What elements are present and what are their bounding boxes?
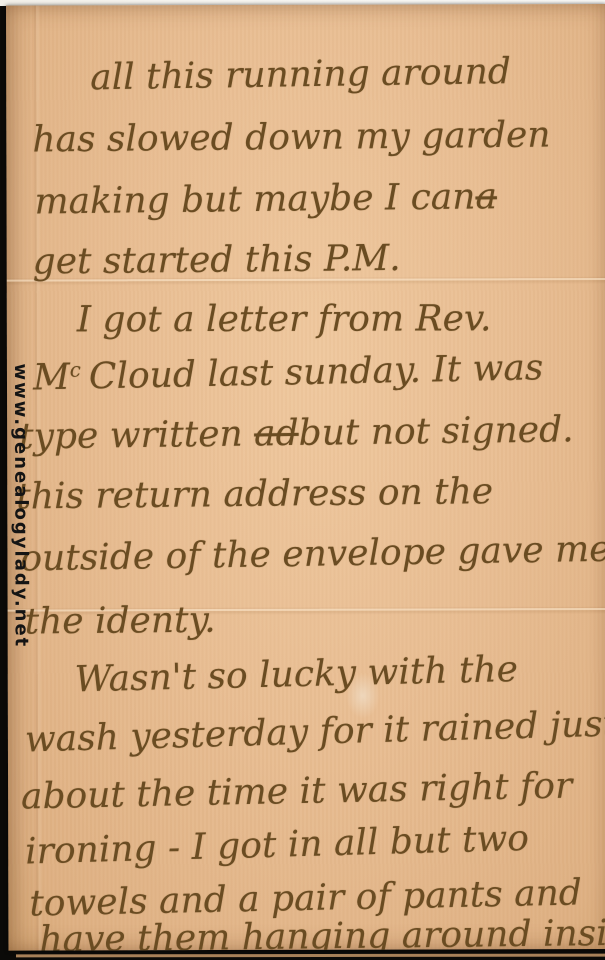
letter-paper: www.genealogylady.net all this running a… — [6, 4, 605, 951]
superscript-letter: c — [69, 359, 81, 382]
letter-scan: www.genealogylady.net all this running a… — [0, 0, 605, 960]
handwriting-line: all this running around — [90, 51, 511, 99]
handwriting-line: making but maybe I cana — [34, 176, 497, 223]
handwriting-line: have them hanging around inside. — [39, 912, 605, 950]
handwriting-text: M — [33, 357, 71, 399]
handwriting-line: Wasn't so lucky with the — [74, 649, 518, 701]
handwriting-line: I got a letter from Rev. — [77, 298, 492, 340]
handwriting-line: McCloud last sunday. It was — [33, 347, 544, 399]
handwriting-text: making but maybe I can — [34, 176, 475, 222]
handwriting-line: this return address on the — [16, 471, 493, 518]
handwriting-text: but not signed. — [298, 409, 573, 454]
handwriting-line: type written adbut not signed. — [19, 409, 574, 458]
page-bottom-edge — [16, 954, 605, 958]
watermark-text: www.genealogylady.net — [10, 364, 32, 649]
strikethrough-text: ad — [254, 413, 299, 455]
handwriting-line: wash yesterday for it rained just — [24, 704, 605, 761]
handwriting-text: type written — [19, 413, 255, 457]
handwriting-line: the identy. — [24, 600, 215, 643]
handwriting-line: outside of the envelope gave me — [20, 529, 605, 580]
handwriting-line: ironing - I got in all but two — [25, 818, 530, 873]
strikethrough-text: a — [475, 176, 497, 217]
handwriting-line: get started this P.M. — [32, 238, 400, 283]
handwriting-line: has slowed down my garden — [32, 115, 551, 161]
handwriting-text: Cloud last sunday. It was — [89, 347, 544, 397]
handwriting-line: about the time it was right for — [21, 765, 573, 817]
